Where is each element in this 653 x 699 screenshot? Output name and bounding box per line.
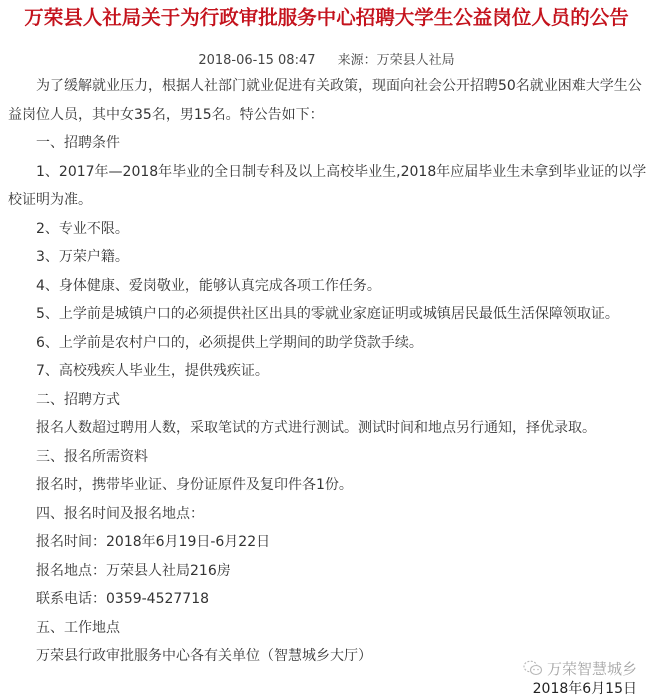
publish-datetime: 2018-06-15 08:47	[198, 53, 315, 68]
article-title: 万荣县人社局关于为行政审批服务中心招聘大学生公益岗位人员的公告	[0, 2, 653, 30]
condition-item: 4、身体健康、爱岗敬业，能够认真完成各项工作任务。	[8, 272, 648, 301]
section-heading-method: 二、招聘方式	[8, 386, 648, 415]
watermark-account: 万荣智慧城乡	[547, 660, 637, 678]
article-source: 来源：万荣县人社局	[338, 53, 455, 68]
condition-item: 6、上学前是农村户口的，必须提供上学期间的助学贷款手续。	[8, 329, 648, 358]
watermark: 万荣智慧城乡	[523, 658, 637, 680]
section-heading-materials: 三、报名所需资料	[8, 443, 648, 472]
section-heading-workplace: 五、工作地点	[8, 614, 648, 643]
condition-item: 1、2017年—2018年毕业的全日制专科及以上高校毕业生,2018年应届毕业生…	[8, 158, 648, 215]
condition-item: 2、专业不限。	[8, 215, 648, 244]
article-meta: 2018-06-15 08:47 来源：万荣县人社局	[0, 49, 653, 68]
intro-paragraph: 为了缓解就业压力，根据人社部门就业促进有关政策，现面向社会公开招聘50名就业困难…	[8, 72, 648, 129]
section-heading-time-place: 四、报名时间及报名地点：	[8, 500, 648, 529]
section-heading-conditions: 一、招聘条件	[8, 129, 648, 158]
method-paragraph: 报名人数超过聘用人数，采取笔试的方式进行测试。测试时间和地点另行通知，择优录取。	[8, 414, 648, 443]
contact-phone: 联系电话：0359-4527718	[8, 585, 648, 614]
condition-item: 3、万荣户籍。	[8, 243, 648, 272]
article-body: 为了缓解就业压力，根据人社部门就业促进有关政策，现面向社会公开招聘50名就业困难…	[8, 72, 648, 671]
wechat-icon	[523, 660, 543, 680]
registration-place: 报名地点：万荣县人社局216房	[8, 557, 648, 586]
condition-item: 5、上学前是城镇户口的必须提供社区出具的零就业家庭证明或城镇居民最低生活保障领取…	[8, 300, 648, 329]
watermark-date: 2018年6月15日	[533, 678, 637, 698]
condition-item: 7、高校残疾人毕业生，提供残疾证。	[8, 357, 648, 386]
registration-time: 报名时间：2018年6月19日-6月22日	[8, 528, 648, 557]
materials-paragraph: 报名时，携带毕业证、身份证原件及复印件各1份。	[8, 471, 648, 500]
